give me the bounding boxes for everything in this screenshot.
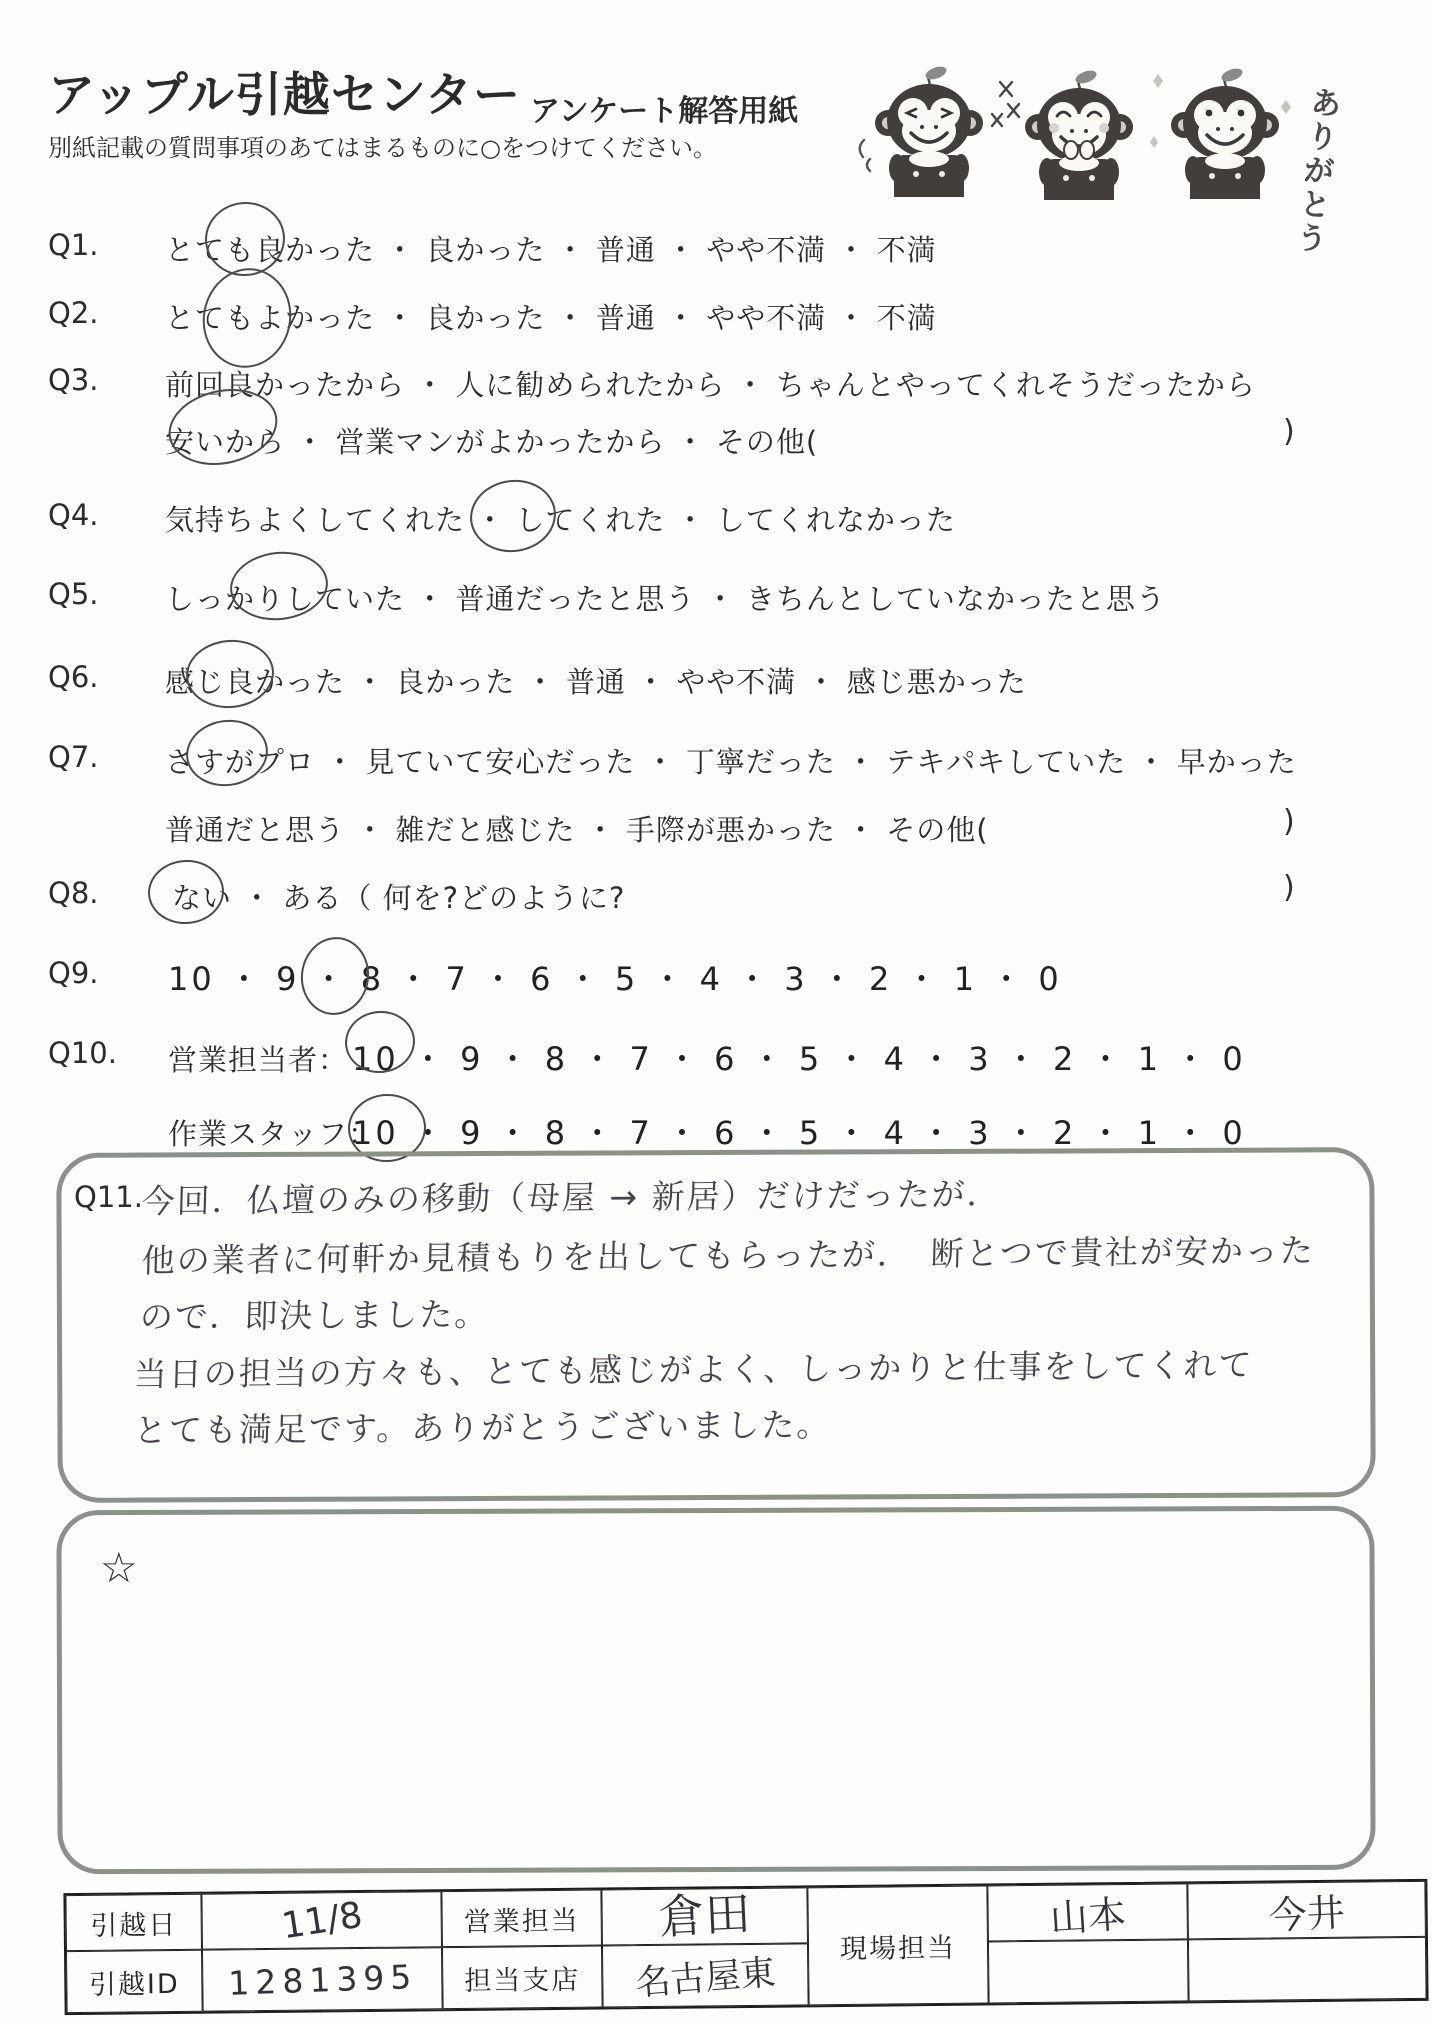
move-id-label-cell: 引越ID	[66, 1950, 203, 2013]
move-date-handwritten: 11/8	[279, 1894, 365, 1947]
site-label: 現場担当	[840, 1925, 956, 1965]
branch-label-cell: 担当支店	[442, 1946, 603, 2010]
branch-value-cell: 名古屋東	[602, 1943, 809, 2007]
q6-options: 感じ良かった ・ 良かった ・ 普通 ・ やや不満 ・ 感じ悪かった	[165, 660, 1027, 701]
q9-number: Q9.	[48, 956, 99, 990]
q11-number: Q11.	[74, 1180, 143, 1214]
move-id-handwritten: 1281395	[227, 1956, 417, 2002]
sparkle-marks	[992, 82, 1019, 126]
q7-options-line1: さすがプロ ・ 見ていて安心だった ・ 丁寧だった ・ テキパキしていた ・ 早…	[165, 740, 1297, 781]
footer-info-table: 引越日 11/8 営業担当 倉田 現場担当 山本 今井 引越ID 1281395…	[63, 1879, 1428, 2015]
star-mark: ☆	[100, 1543, 138, 1592]
site-handwritten-2: 今井	[1267, 1881, 1345, 1939]
sales-label: 営業担当	[463, 1898, 579, 1938]
site-handwritten-1: 山本	[1048, 1883, 1127, 1943]
move-id-value-cell: 1281395	[202, 1947, 443, 2012]
q8-options: ない ・ ある（ 何を?どのように?	[172, 876, 625, 917]
q11-comment-line-4: 当日の担当の方々も、とても感じがよく、しっかりと仕事をしてくれて	[133, 1339, 1254, 1396]
q7-close-paren: )	[1283, 804, 1295, 839]
q8-number: Q8.	[48, 876, 99, 910]
q3-close-paren: )	[1283, 414, 1295, 449]
q2-number: Q2.	[48, 296, 99, 330]
site-label-cell: 現場担当	[807, 1885, 988, 2005]
q11-comment-line-1: 今回．仏壇のみの移動（母屋 → 新居）だけだったが．	[141, 1168, 1002, 1223]
q4-number: Q4.	[48, 498, 99, 532]
sales-handwritten: 倉田	[658, 1894, 752, 1940]
q5-number: Q5.	[48, 577, 99, 611]
q1-number: Q1.	[48, 228, 99, 262]
q11-comment-line-5: とても満足です。ありがとうございました。	[133, 1399, 832, 1452]
company-title: アップル引越センター	[48, 58, 521, 125]
site-value2-cell: 今井	[1187, 1881, 1426, 1939]
move-date-label-cell: 引越日	[65, 1894, 202, 1951]
site-value1-cell: 山本	[987, 1883, 1188, 1941]
q4-options: 気持ちよくしてくれた ・ してくれた ・ してくれなかった	[165, 498, 956, 539]
site-row2-empty-cell-1	[988, 1939, 1189, 2003]
move-id-label: 引越ID	[89, 1961, 180, 2001]
q11-comment-line-3: ので．即決しました。	[139, 1288, 490, 1338]
q10-row2-label: 作業スタッフ：	[168, 1112, 378, 1153]
instruction-text: 別紙記載の質問事項のあてはまるものに○をつけてください。	[48, 128, 717, 163]
handwritten-circle-q4	[465, 474, 560, 557]
q10-row2-scale: 10 ・ 9 ・ 8 ・ 7 ・ 6 ・ 5 ・ 4 ・ 3 ・ 2 ・ 1 ・…	[352, 1108, 1246, 1154]
monkey-mascot-3	[1171, 66, 1279, 199]
site-row2-empty-cell-2	[1188, 1937, 1427, 2001]
q7-number: Q7.	[48, 740, 99, 774]
extra-comment-box	[56, 1506, 1375, 1875]
monkey-mascot-2	[1025, 68, 1133, 200]
q3-options-line1: 前回良かったから ・ 人に勧められたから ・ ちゃんとやってくれそうだったから	[165, 363, 1256, 404]
branch-label: 担当支店	[464, 1957, 580, 1997]
branch-handwritten: 名古屋東	[634, 1945, 778, 2006]
monkey-mascots-illustration	[858, 62, 1306, 200]
move-date-value-cell: 11/8	[201, 1891, 442, 1950]
survey-answer-sheet: アップル引越センター アンケート解答用紙 別紙記載の質問事項のあてはまるものに○…	[0, 0, 1433, 2023]
sales-value-cell: 倉田	[601, 1887, 808, 1945]
monkey-mascot-1	[860, 64, 983, 197]
q10-row1-scale: 10 ・ 9 ・ 8 ・ 7 ・ 6 ・ 5 ・ 4 ・ 3 ・ 2 ・ 1 ・…	[352, 1034, 1246, 1080]
handwritten-circle-q9	[296, 933, 374, 1020]
q3-number: Q3.	[48, 363, 99, 397]
q6-number: Q6.	[48, 660, 99, 694]
sales-label-cell: 営業担当	[441, 1890, 602, 1948]
move-date-label: 引越日	[90, 1902, 177, 1942]
q10-number: Q10.	[48, 1036, 117, 1070]
form-title: アンケート解答用紙	[530, 86, 798, 130]
handwritten-circle-q2	[194, 260, 301, 376]
q8-close-paren: )	[1283, 870, 1295, 905]
q7-options-line2: 普通だと思う ・ 雑だと感じた ・ 手際が悪かった ・ その他(	[165, 808, 989, 849]
q10-row1-label: 営業担当者：	[168, 1038, 348, 1079]
